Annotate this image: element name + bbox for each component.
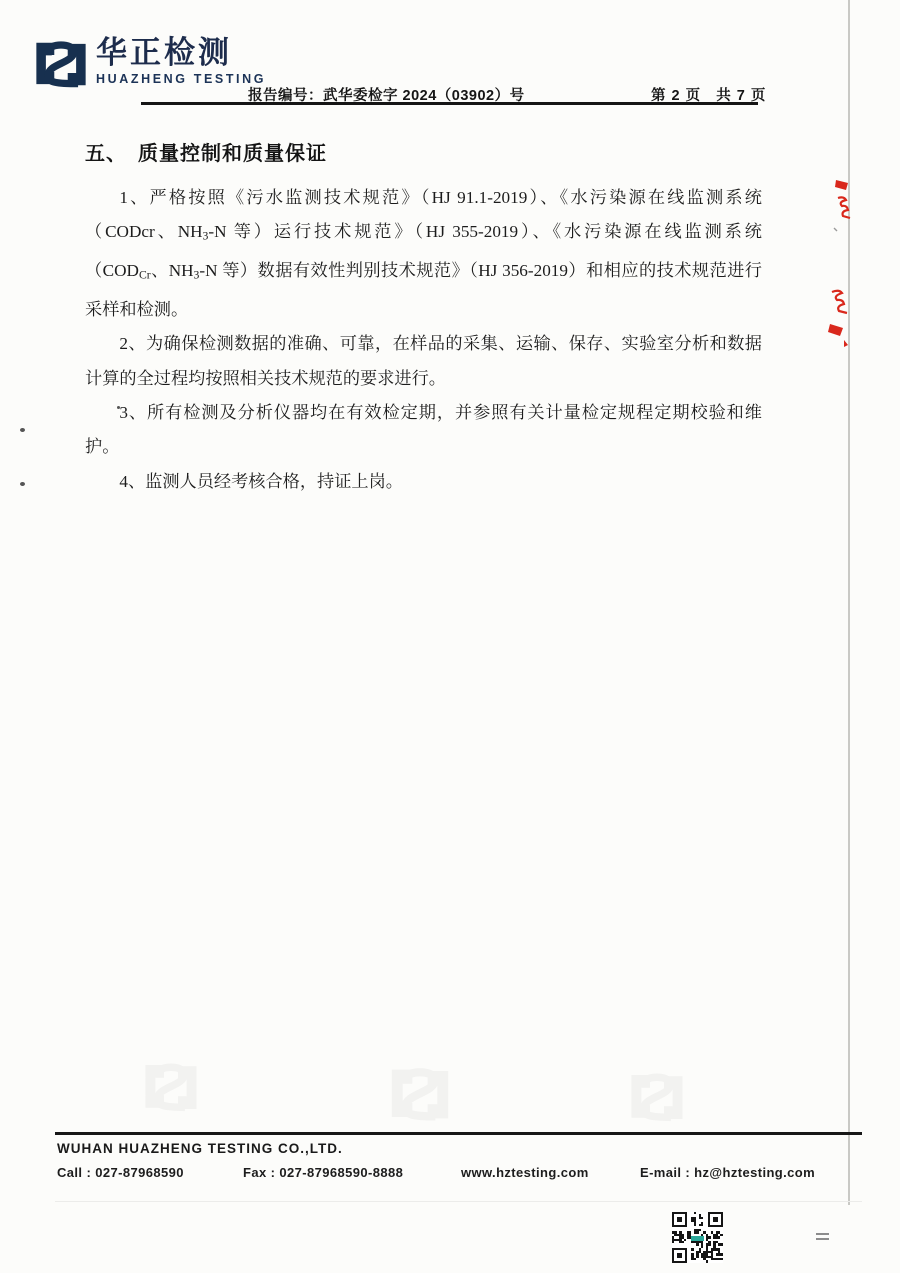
footer-website: www.hztesting.com: [461, 1165, 589, 1180]
brand-name-cn: 华正检测: [96, 36, 266, 70]
brand-wordmark: 华正检测 HUAZHENG TESTING: [96, 36, 266, 86]
scan-speck: [20, 482, 25, 486]
footer-fax: Fax : 027-87968590-8888: [243, 1165, 403, 1180]
paragraph-1: 1、严格按照《污水监测技术规范》（HJ 91.1-2019）、《水污染源在线监测…: [85, 181, 762, 327]
footer-email: E-mail : hz@hztesting.com: [640, 1165, 815, 1180]
footer-faint-divider: [55, 1201, 862, 1202]
footer-phone: Call : 027-87968590: [57, 1165, 184, 1180]
red-ink-mark: [822, 288, 852, 354]
qr-center-logo: [691, 1236, 704, 1241]
scan-speck: [117, 406, 120, 409]
scanned-report-page: 华正检测 HUAZHENG TESTING 报告编号：武华委检字 2024（03…: [0, 0, 900, 1273]
brand-name-en: HUAZHENG TESTING: [96, 72, 266, 86]
logo-watermark: [142, 1058, 200, 1116]
scan-speck: [20, 428, 25, 432]
huazheng-logo-icon: [33, 36, 89, 92]
document-body: 1、严格按照《污水监测技术规范》（HJ 91.1-2019）、《水污染源在线监测…: [85, 181, 762, 499]
qr-finder-icon: [708, 1212, 723, 1227]
qr-finder-icon: [672, 1212, 687, 1227]
section-title: 五、 质量控制和质量保证: [85, 137, 327, 166]
red-ink-mark: [828, 176, 856, 238]
qr-code: [672, 1212, 723, 1263]
footer-divider: [55, 1132, 862, 1135]
paragraph-4: 4、监测人员经考核合格，持证上岗。: [85, 465, 762, 499]
paragraph-3: 3、所有检测及分析仪器均在有效检定期，并参照有关计量检定规程定期校验和维护。: [85, 396, 762, 465]
logo-watermark: [628, 1068, 686, 1126]
paragraph-2: 2、为确保检测数据的准确、可靠，在样品的采集、运输、保存、实验室分析和数据计算的…: [85, 327, 762, 396]
logo-watermark: [388, 1062, 452, 1126]
qr-finder-icon: [672, 1248, 687, 1263]
header-divider: [141, 102, 758, 105]
pencil-equals-mark: [816, 1233, 829, 1241]
footer-company-name: WUHAN HUAZHENG TESTING CO.,LTD.: [57, 1141, 343, 1156]
